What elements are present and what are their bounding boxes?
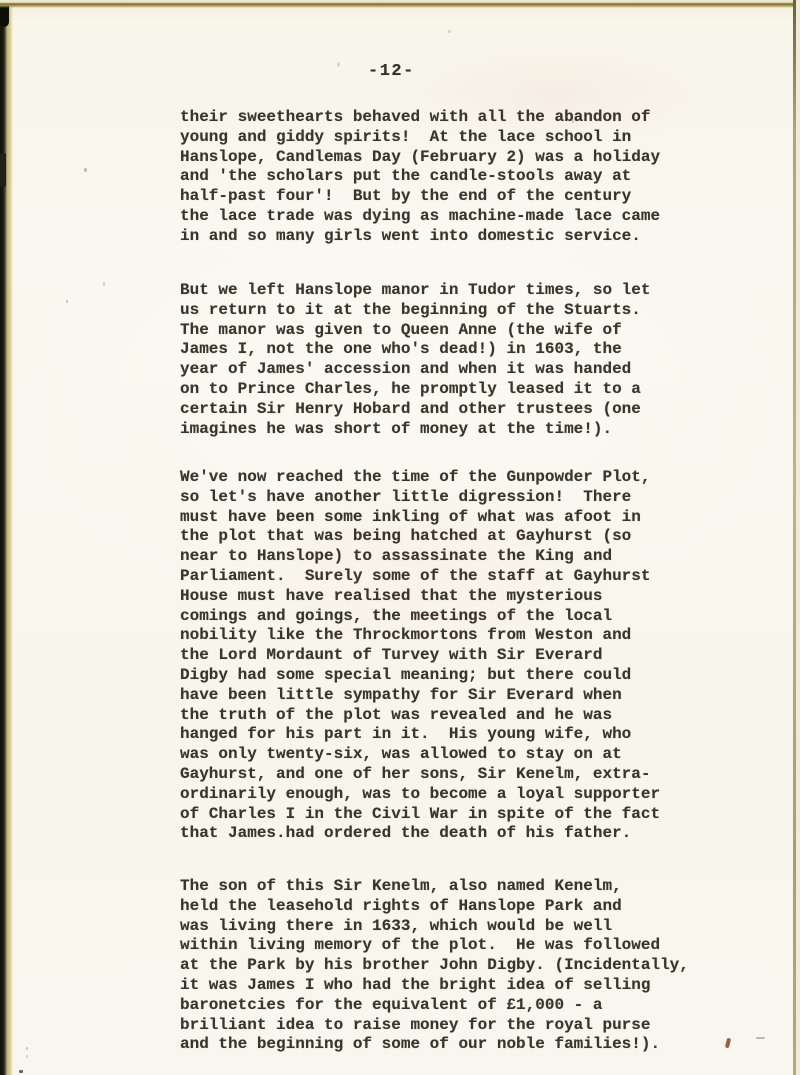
scanned-page: -12- their sweethearts behaved with all …	[0, 0, 800, 1075]
paper-speck	[572, 120, 574, 123]
pen-mark	[725, 1038, 731, 1049]
paper-speck	[19, 1070, 23, 1073]
paragraph-kenelm-digby: The son of this Sir Kenelm, also named K…	[180, 877, 689, 1055]
paper-speck	[337, 62, 340, 67]
paper-speck	[103, 282, 105, 286]
pencil-dash	[756, 1037, 765, 1039]
spine-shadow-mid	[0, 153, 6, 187]
page-right-margin	[796, 0, 800, 1075]
paper-speck	[448, 30, 451, 33]
page-number: -12-	[368, 62, 415, 81]
paragraph-gunpowder-plot: We've now reached the time of the Gunpow…	[180, 468, 660, 844]
paper-speck	[66, 300, 68, 303]
paragraph-manor-stuarts: But we left Hanslope manor in Tudor time…	[180, 281, 650, 439]
page-top-edge	[0, 0, 800, 8]
paper-speck	[84, 168, 87, 172]
paragraph-lace-school: their sweethearts behaved with all the a…	[180, 108, 660, 247]
paper-speck	[26, 1055, 28, 1058]
paper-speck	[26, 1047, 28, 1050]
